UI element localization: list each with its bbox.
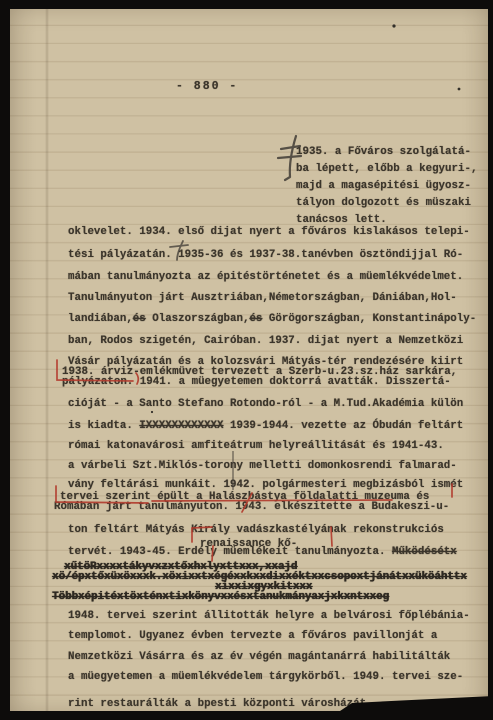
typed-line: 1948. tervei szerint állitották helyre a…	[68, 610, 470, 623]
typed-text: oklevelet. 1934. első dijat nyert a fővá…	[68, 226, 470, 238]
typed-line: pályázaton. 1941. a müegyetemen doktorrá…	[62, 376, 451, 389]
typed-line: tervét. 1943-45. Erdély müemlékeit tanul…	[68, 546, 457, 559]
typed-text: cióját - a Santo Stefano Rotondo-ról - a…	[68, 398, 463, 410]
typed-line: Rómában járt tanulmányuton. 1943. elkész…	[54, 501, 449, 514]
struck-text: és	[133, 313, 146, 325]
struck-text: IXXXXXXXXXXXX	[139, 420, 223, 432]
typed-line: a müegyetemen a müemlékvédelem tárgykörb…	[68, 671, 463, 684]
typed-line: cióját - a Santo Stefano Rotondo-ról - a…	[68, 398, 463, 411]
typed-text: 1939-1944. vezette az Óbudán feltárt	[224, 420, 464, 432]
typed-line: Nemzetközi Vásárra és az év végén magánt…	[68, 651, 450, 664]
typed-line: római katonavárosi amfiteátrum helyreáll…	[68, 440, 444, 453]
scanned-document-page: - 880 - 1935. a Főváros szolgálatá-ba lé…	[0, 0, 493, 720]
margin-note-line: ba lépett, előbb a kegyuri-,	[296, 163, 477, 176]
typed-line: tési pályázatán. 1935-36 és 1937-38.tané…	[68, 249, 463, 262]
typed-line: ban, Rodos szigetén, Cairóban. 1937. dij…	[68, 335, 463, 348]
typed-line: templomot. Ugyanez évben tervezte a fővá…	[68, 630, 437, 643]
typed-text: Tanulmányuton járt Ausztriában,Németorsz…	[68, 292, 457, 304]
typed-text: ba lépett, előbb a kegyuri-,	[296, 163, 477, 175]
typed-line: ton feltárt Mátyás Király vadászkastélyá…	[68, 524, 444, 537]
typed-text: landiában,	[68, 313, 133, 325]
margin-note-line: 1935. a Főváros szolgálatá-	[296, 146, 471, 159]
typed-text: vány feltárási munkáit. 1942. polgármest…	[68, 479, 463, 491]
typed-text: 1948. tervei szerint állitották helyre a…	[68, 610, 470, 622]
typed-text: 1935. a Főváros szolgálatá-	[296, 146, 471, 158]
typed-text: templomot. Ugyanez évben tervezte a fővá…	[68, 630, 437, 642]
typed-line: a várbeli Szt.Miklós-torony melletti dom…	[68, 460, 457, 473]
typed-text: Nemzetközi Vásárra és az év végén magánt…	[68, 651, 450, 663]
typed-line: Többxépitéxtöxténxtixkönyvxxésxtanukmány…	[52, 591, 389, 604]
typed-line: oklevelet. 1934. első dijat nyert a fővá…	[68, 226, 470, 239]
typed-text: Olaszországban,	[146, 313, 250, 325]
margin-note-line: majd a magasépitési ügyosz-	[296, 180, 471, 193]
page-number: - 880 -	[176, 80, 238, 93]
struck-text: Működésétx	[392, 546, 457, 558]
typed-text: is kiadta.	[68, 420, 139, 432]
struck-text: és	[249, 313, 262, 325]
typed-text: tályon dolgozott és müszaki	[296, 197, 471, 209]
typed-text: mában tanulmányozta az épitéstörténetet …	[68, 271, 463, 283]
typed-text: a várbeli Szt.Miklós-torony melletti dom…	[68, 460, 457, 472]
typed-line: landiában,és Olaszországban,és Görögorsz…	[68, 313, 476, 326]
margin-note-line: tályon dolgozott és müszaki	[296, 197, 471, 210]
typed-line: is kiadta. IXXXXXXXXXXXX 1939-1944. veze…	[68, 420, 463, 433]
typed-text: Rómában járt tanulmányuton. 1943. elkész…	[54, 501, 449, 513]
typed-text: Görögországban, Konstantinápoly-	[262, 313, 476, 325]
typed-text: tanácsos lett.	[296, 214, 387, 226]
typed-text: ban, Rodos szigetén, Cairóban. 1937. dij…	[68, 335, 463, 347]
typed-line: rint restaurálták a bpesti központi váro…	[68, 698, 373, 711]
typed-text: Többxépitéxtöxténxtixkönyvxxésxtanukmány…	[52, 591, 389, 603]
typed-text: pályázaton. 1941. a müegyetemen doktorrá…	[62, 376, 451, 388]
typed-text: a müegyetemen a müemlékvédelem tárgykörb…	[68, 671, 463, 683]
paper-crease	[45, 8, 49, 720]
typed-text: ton feltárt Mátyás Király vadászkastélyá…	[68, 524, 444, 536]
typed-text: tervét. 1943-45. Erdély müemlékeit tanul…	[68, 546, 392, 558]
typed-line: Tanulmányuton járt Ausztriában,Németorsz…	[68, 292, 457, 305]
typed-line: mában tanulmányozta az épitéstörténetet …	[68, 271, 463, 284]
typed-text: rint restaurálták a bpesti központi váro…	[68, 698, 373, 710]
typed-text: majd a magasépitési ügyosz-	[296, 180, 471, 192]
typed-text: római katonavárosi amfiteátrum helyreáll…	[68, 440, 444, 452]
typed-text: tési pályázatán. 1935-36 és 1937-38.tané…	[68, 249, 463, 261]
